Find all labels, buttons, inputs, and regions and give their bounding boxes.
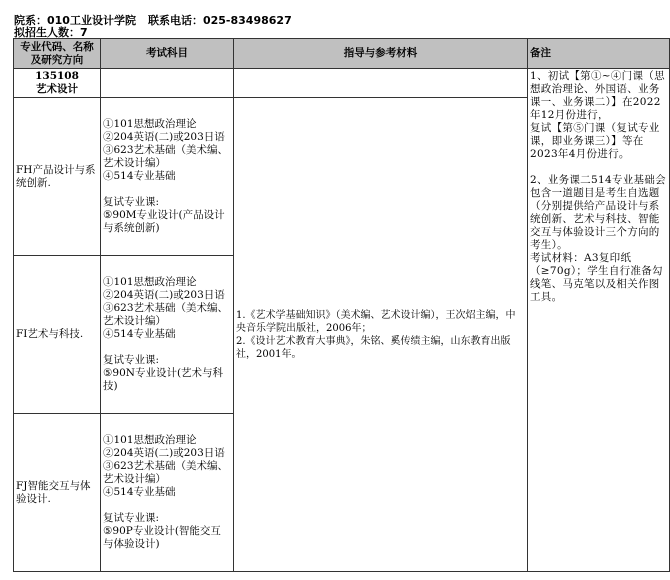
subject-1: ①101思想政治理论	[103, 118, 231, 131]
major-cell: 135108 艺术设计	[14, 69, 101, 98]
column-header-references: 指导与参考材料	[234, 39, 528, 69]
column-header-remarks: 备注	[528, 39, 670, 69]
remark-2: 复试【第⑤门课（复试专业课，即业务课三）】等在2023年4月份进行。	[530, 122, 667, 161]
major-row: 135108 艺术设计 1、初试【第①~④门课（思想政治理论、外国语、业务课一、…	[14, 69, 670, 98]
direction-name: FH产品设计与系统创新.	[14, 98, 101, 256]
phone-value: 025-83498627	[203, 14, 292, 27]
retest-subject: ⑤90N专业设计(艺术与科技)	[103, 367, 231, 393]
table-header-row: 专业代码、名称及研究方向 考试科目 指导与参考材料 备注	[14, 39, 670, 69]
remark-4: 考试材料：A3复印纸（≥70g）；学生自行准备勾线笔、马克笔以及相关作图工具。	[530, 252, 667, 304]
subject-3: ③623艺术基础（美术编、艺术设计编）	[103, 460, 231, 486]
column-header-major: 专业代码、名称及研究方向	[14, 39, 101, 69]
major-name: 艺术设计	[16, 83, 98, 96]
references-cell: 1.《艺术学基础知识》（美术编、艺术设计编），王次炤主编，中央音乐学院出版社，2…	[234, 98, 528, 572]
remark-3: 2、业务课二514专业基础会包含一道题目是考生自选题（分别提供给产品设计与系统创…	[530, 174, 667, 252]
subject-2: ②204英语(二)或203日语	[103, 131, 231, 144]
subject-2: ②204英语(二)或203日语	[103, 447, 231, 460]
remarks-cell: 1、初试【第①~④门课（思想政治理论、外国语、业务课一、业务课二）】在2022年…	[528, 69, 670, 572]
subject-2: ②204英语(二)或203日语	[103, 289, 231, 302]
subject-1: ①101思想政治理论	[103, 276, 231, 289]
admission-table: 专业代码、名称及研究方向 考试科目 指导与参考材料 备注 135108 艺术设计…	[13, 38, 670, 572]
major-code: 135108	[16, 70, 98, 83]
retest-label: 复试专业课:	[103, 354, 231, 367]
subject-4: ④514专业基础	[103, 328, 231, 341]
remark-1: 1、初试【第①~④门课（思想政治理论、外国语、业务课一、业务课二）】在2022年…	[530, 70, 667, 122]
retest-subject: ⑤90P专业设计(智能交互与体验设计)	[103, 525, 231, 551]
column-header-subjects: 考试科目	[101, 39, 234, 69]
subjects-cell: ①101思想政治理论 ②204英语(二)或203日语 ③623艺术基础（美术编、…	[101, 98, 234, 256]
subject-4: ④514专业基础	[103, 486, 231, 499]
subject-3: ③623艺术基础（美术编、艺术设计编）	[103, 302, 231, 328]
reference-1: 1.《艺术学基础知识》（美术编、艺术设计编），王次炤主编，中央音乐学院出版社，2…	[236, 309, 525, 335]
retest-label: 复试专业课:	[103, 196, 231, 209]
phone-label: 联系电话：	[148, 14, 203, 27]
subjects-cell: ①101思想政治理论 ②204英语(二)或203日语 ③623艺术基础（美术编、…	[101, 256, 234, 414]
major-subjects-cell	[101, 69, 234, 98]
direction-name: FJ智能交互与体验设计.	[14, 414, 101, 572]
major-references-cell	[234, 69, 528, 98]
subject-3: ③623艺术基础（美术编、艺术设计编）	[103, 144, 231, 170]
retest-label: 复试专业课:	[103, 512, 231, 525]
subject-4: ④514专业基础	[103, 170, 231, 183]
subject-1: ①101思想政治理论	[103, 434, 231, 447]
retest-subject: ⑤90M专业设计(产品设计与系统创新)	[103, 209, 231, 235]
direction-name: FI艺术与科技.	[14, 256, 101, 414]
subjects-cell: ①101思想政治理论 ②204英语(二)或203日语 ③623艺术基础（美术编、…	[101, 414, 234, 572]
reference-2: 2.《设计艺术教育大事典》，朱铭、奚传绩主编，山东教育出版社，2001年。	[236, 335, 525, 361]
